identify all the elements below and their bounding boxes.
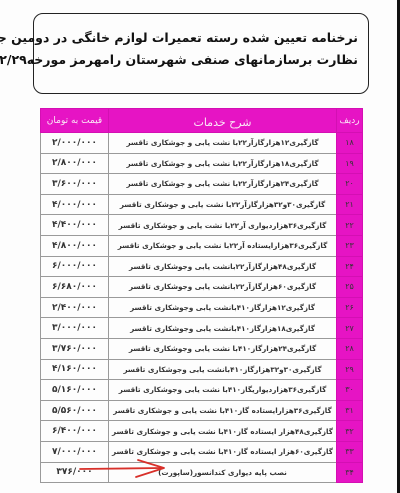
service-description: گازگیری۳۰و۳۲هزارگازآر۲۲با نشت یابی و جوش…	[109, 194, 337, 215]
table-row: ۲۵گازگیری۶۰هزارگازآر۲۲بانشت یابی وجوشکار…	[41, 277, 363, 298]
table-row: ۲۲گازگیری۳۶هزاردیواری آر۲۲با نشت یابی و …	[41, 215, 363, 236]
row-number: ۲۶	[337, 297, 363, 318]
table-row: ۳۰گازگیری۳۶هزاردیواریگاز۴۱۰با نشت یابی و…	[41, 380, 363, 401]
table-row: ۲۱گازگیری۳۰و۳۲هزارگازآر۲۲با نشت یابی و ج…	[41, 194, 363, 215]
row-number: ۲۹	[337, 359, 363, 380]
service-description: گازگیری۲۴هزارگازآر۲۲با نشت یابی و جوشکار…	[109, 174, 337, 195]
service-description: گازگیری۳۶هزارایستاده آر۲۲با نشت یابی و ج…	[109, 235, 337, 256]
price-value: ۴/۸۰۰/۰۰۰	[41, 235, 109, 256]
row-number: ۱۸	[337, 133, 363, 154]
service-description: گازگیری۳۰و۳۲هزارگاز۴۱۰بانشت یابی وجوشکار…	[109, 359, 337, 380]
service-description: گازگیری۱۲هزارگاز۴۱۰بانشت یابی وجوشکاری ت…	[109, 297, 337, 318]
header-radif: ردیف	[337, 109, 363, 133]
row-number: ۳۴	[337, 462, 363, 483]
price-value: ۴/۰۰۰/۰۰۰	[41, 194, 109, 215]
table-row: ۲۸گازگیری۲۴هزارگاز۴۱۰با نشت یابی وجوشکار…	[41, 338, 363, 359]
row-number: ۱۹	[337, 153, 363, 174]
price-value: ۶/۰۰۰/۰۰۰	[41, 256, 109, 277]
row-number: ۲۰	[337, 174, 363, 195]
header-price: قیمت به تومان	[41, 109, 109, 133]
table-row: ۲۰گازگیری۲۴هزارگازآر۲۲با نشت یابی و جوشک…	[41, 174, 363, 195]
row-number: ۲۲	[337, 215, 363, 236]
row-number: ۲۴	[337, 256, 363, 277]
table-row: ۲۴گازگیری۴۸هزارگازآر۲۲بانشت یابی وجوشکار…	[41, 256, 363, 277]
row-number: ۳۰	[337, 380, 363, 401]
row-number: ۳۳	[337, 441, 363, 462]
service-description: گازگیری۳۶هزاردیواریگاز۴۱۰با نشت یابی وجو…	[109, 380, 337, 401]
price-value: ۷/۰۰۰/۰۰۰	[41, 441, 109, 462]
price-value: ۳/۶۰۰/۰۰۰	[41, 174, 109, 195]
row-number: ۲۳	[337, 235, 363, 256]
row-number: ۲۷	[337, 318, 363, 339]
service-description: نصب پایه دیواری کندانسور(ساپورت)	[109, 462, 337, 483]
row-number: ۳۲	[337, 421, 363, 442]
price-value: ۵/۱۶۰/۰۰۰	[41, 380, 109, 401]
price-value: ۳۷۶/۰۰۰	[41, 462, 109, 483]
title-line-1: نرخنامه تعیین شده رسته تعمیرات لوازم خان…	[42, 27, 358, 49]
service-description: گازگیری۲۴هزارگاز۴۱۰با نشت یابی وجوشکاری …	[109, 338, 337, 359]
table-row: ۱۸گازگیری۱۲هزارگازآر۲۲با نشت یابی و جوشک…	[41, 133, 363, 154]
table-row: ۲۳گازگیری۳۶هزارایستاده آر۲۲با نشت یابی و…	[41, 235, 363, 256]
price-table: ردیف شرح خدمات قیمت به تومان ۱۸گازگیری۱۲…	[40, 108, 363, 483]
row-number: ۲۱	[337, 194, 363, 215]
table-row: ۱۹گازگیری۱۸هزارگازآر۲۲با نشت یابی و جوشک…	[41, 153, 363, 174]
price-value: ۳/۷۶۰/۰۰۰	[41, 338, 109, 359]
service-description: گازگیری۴۸هزار ایستاده گاز۴۱۰با نشت یابی …	[109, 421, 337, 442]
row-number: ۲۸	[337, 338, 363, 359]
table-row: ۳۲گازگیری۴۸هزار ایستاده گاز۴۱۰با نشت یاب…	[41, 421, 363, 442]
title-box: نرخنامه تعیین شده رسته تعمیرات لوازم خان…	[33, 13, 369, 94]
price-value: ۳/۰۰۰/۰۰۰	[41, 318, 109, 339]
service-description: گازگیری۳۶هزاردیواری آر۲۲با نشت یابی و جو…	[109, 215, 337, 236]
service-description: گازگیری۴۸هزارگازآر۲۲بانشت یابی وجوشکاری …	[109, 256, 337, 277]
row-number: ۳۱	[337, 400, 363, 421]
price-value: ۴/۱۶۰/۰۰۰	[41, 359, 109, 380]
title-line-2: نظارت برسازمانهای صنفی شهرستان رامهرمز م…	[42, 49, 358, 71]
table-header-row: ردیف شرح خدمات قیمت به تومان	[41, 109, 363, 133]
table-row: ۳۳گازگیری۶۰هزار ایستاده گاز۴۱۰با نشت یاب…	[41, 441, 363, 462]
service-description: گازگیری۱۸هزارگازآر۲۲با نشت یابی و جوشکار…	[109, 153, 337, 174]
price-value: ۲/۴۰۰/۰۰۰	[41, 297, 109, 318]
row-number: ۲۵	[337, 277, 363, 298]
price-value: ۵/۵۶۰/۰۰۰	[41, 400, 109, 421]
table-row: ۳۴نصب پایه دیواری کندانسور(ساپورت)۳۷۶/۰۰…	[41, 462, 363, 483]
price-value: ۶/۴۰۰/۰۰۰	[41, 421, 109, 442]
table-row: ۲۷گازگیری۱۸هزارگاز۴۱۰بانشت یابی وجوشکاری…	[41, 318, 363, 339]
service-description: گازگیری۳۶هزارایستاده گاز۴۱۰با نشت یابی و…	[109, 400, 337, 421]
header-description: شرح خدمات	[109, 109, 337, 133]
service-description: گازگیری۶۰هزارگازآر۲۲بانشت یابی وجوشکاری …	[109, 277, 337, 298]
price-value: ۴/۴۰۰/۰۰۰	[41, 215, 109, 236]
table-row: ۲۹گازگیری۳۰و۳۲هزارگاز۴۱۰بانشت یابی وجوشک…	[41, 359, 363, 380]
table-row: ۲۶گازگیری۱۲هزارگاز۴۱۰بانشت یابی وجوشکاری…	[41, 297, 363, 318]
price-value: ۶/۶۸۰/۰۰۰	[41, 277, 109, 298]
price-value: ۲/۸۰۰/۰۰۰	[41, 153, 109, 174]
price-value: ۲/۰۰۰/۰۰۰	[41, 133, 109, 154]
service-description: گازگیری۱۲هزارگازآر۲۲با نشت یابی و جوشکار…	[109, 133, 337, 154]
table-row: ۳۱گازگیری۳۶هزارایستاده گاز۴۱۰با نشت یابی…	[41, 400, 363, 421]
service-description: گازگیری۱۸هزارگاز۴۱۰بانشت یابی وجوشکاری ت…	[109, 318, 337, 339]
service-description: گازگیری۶۰هزار ایستاده گاز۴۱۰با نشت یابی …	[109, 441, 337, 462]
